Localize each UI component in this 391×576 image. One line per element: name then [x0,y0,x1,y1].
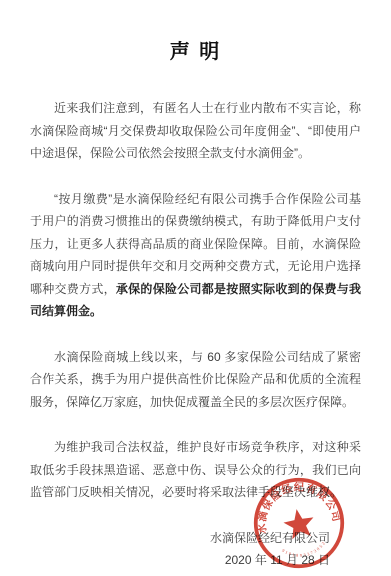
signature-date: 2020 年 11 月 28 日 [30,549,330,572]
statement-document-page: 声 明 近来我们注意到，有匿名人士在行业内散布不实言论，称水滴保险商城“月交保费… [0,0,391,576]
paragraph-2-text: “按月缴费”是水滴保险经纪有限公司携手合作保险公司基于用户的消费习惯推出的保费缴… [30,192,361,296]
paragraph-3-text: 水滴保险商城上线以来，与 60 多家保险公司结成了紧密合作关系，携手为用户提供高… [30,350,361,409]
paragraph-1: 近来我们注意到，有匿名人士在行业内散布不实言论，称水滴保险商城“月交保费却收取保… [30,97,361,165]
paragraph-4-text: 为维护我司合法权益，维护良好市场竞争秩序，对这种采取低劣手段抹黑造谣、恶意中伤、… [30,440,361,499]
document-body: 近来我们注意到，有匿名人士在行业内散布不实言论，称水滴保险商城“月交保费却收取保… [30,97,361,572]
signature-block: 水滴保险经纪有限公司 2020 年 11 月 28 日 [30,527,361,572]
paragraph-1-text: 近来我们注意到，有匿名人士在行业内散布不实言论，称水滴保险商城“月交保费却收取保… [30,101,361,160]
paragraph-3: 水滴保险商城上线以来，与 60 多家保险公司结成了紧密合作关系，携手为用户提供高… [30,346,361,414]
signature-company: 水滴保险经纪有限公司 [30,527,330,550]
document-title: 声 明 [0,0,391,63]
paragraph-4: 为维护我司合法权益，维护良好市场竞争秩序，对这种采取低劣手段抹黑造谣、恶意中伤、… [30,436,361,504]
paragraph-2: “按月缴费”是水滴保险经纪有限公司携手合作保险公司基于用户的消费习惯推出的保费缴… [30,188,361,323]
